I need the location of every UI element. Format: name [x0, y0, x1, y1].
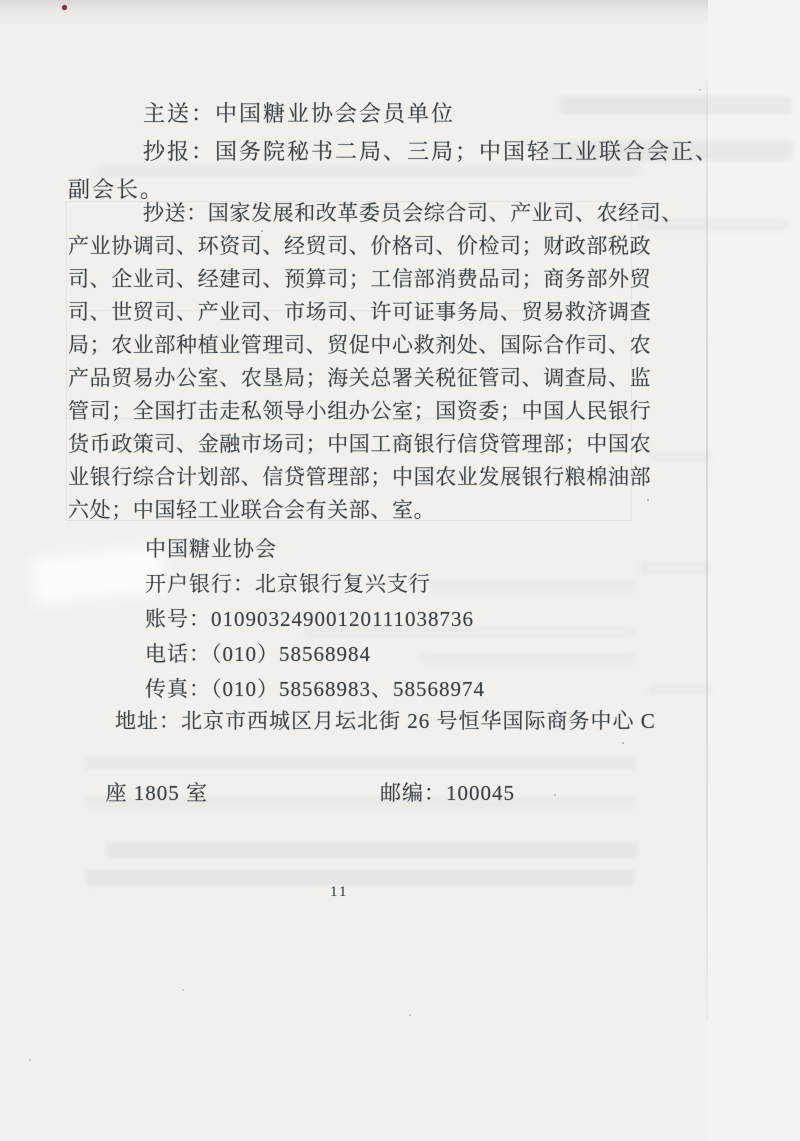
bleed-through-smudge — [650, 452, 712, 462]
address-postcode-line: 座 1805 室邮编：100045 — [68, 739, 643, 847]
cc-line: 六处；中国轻工业联合会有关部、室。 — [68, 494, 643, 527]
cc-line: 司、世贸司、产业司、市场司、许可证事务局、贸易救济调查 — [68, 296, 643, 329]
red-registration-dot — [62, 5, 67, 10]
fax-line: 传真：（010）58568983、58568974 — [145, 672, 720, 707]
cc-line: 司、企业司、经建司、预算司；工信部消费品司；商务部外贸 — [68, 263, 643, 296]
address-block: 地址：北京市西城区月坛北街 26 号恒华国际商务中心 C 座 1805 室邮编：… — [68, 703, 643, 847]
cc-line: 产业协调司、环资司、经贸司、价格司、价检司；财政部税政 — [68, 230, 643, 263]
bank-line: 开户银行：北京银行复兴支行 — [145, 567, 720, 602]
postcode: 邮编：100045 — [380, 781, 515, 805]
cc-line: 抄送：国家发展和改革委员会综合司、产业司、农经司、 — [68, 197, 643, 230]
recipients-block: 主送：中国糖业协会会员单位 抄报：国务院秘书二局、三局；中国轻工业联合会正、 副… — [68, 95, 643, 209]
account-line: 账号：01090324900120111038736 — [145, 602, 720, 637]
scanned-page: 主送：中国糖业协会会员单位 抄报：国务院秘书二局、三局；中国轻工业联合会正、 副… — [0, 0, 800, 1141]
contact-block: 中国糖业协会 开户银行：北京银行复兴支行 账号：0109032490012011… — [145, 532, 720, 707]
main-send-line: 主送：中国糖业协会会员单位 — [68, 95, 643, 133]
cc-block: 抄送：国家发展和改革委员会综合司、产业司、农经司、 产业协调司、环资司、经贸司、… — [68, 197, 643, 527]
org-name-line: 中国糖业协会 — [145, 532, 720, 567]
cc-line: 产品贸易办公室、农垦局；海关总署关税征管司、调查局、监 — [68, 362, 643, 395]
phone-line: 电话：（010）58568984 — [145, 637, 720, 672]
cc-line: 业银行综合计划部、信贷管理部；中国农业发展银行粮棉油部 — [68, 461, 643, 494]
cc-line: 货币政策司、金融市场司；中国工商银行信贷管理部；中国农 — [68, 428, 643, 461]
page-number: 11 — [330, 884, 348, 901]
bleed-through-smudge — [86, 870, 634, 886]
cc-line: 管司；全国打击走私领导小组办公室；国资委；中国人民银行 — [68, 395, 643, 428]
scan-right-margin — [708, 0, 800, 1141]
address-line: 地址：北京市西城区月坛北街 26 号恒华国际商务中心 C — [68, 703, 643, 739]
copy-report-line: 抄报：国务院秘书二局、三局；中国轻工业联合会正、 — [68, 133, 643, 171]
cc-line: 局；农业部种植业管理司、贸促中心救剂处、国际合作司、农 — [68, 329, 643, 362]
address-line-2: 座 1805 室 — [106, 781, 209, 805]
